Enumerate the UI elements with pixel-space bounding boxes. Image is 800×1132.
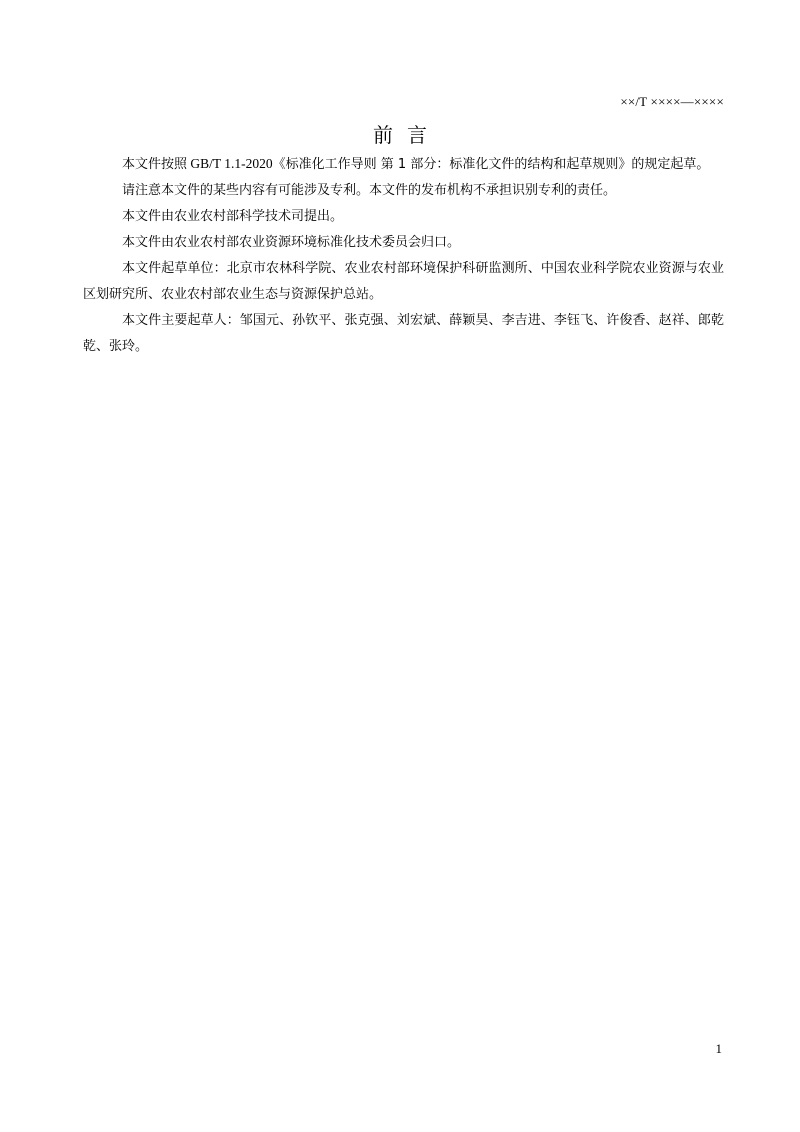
paragraph-drafters: 本文件主要起草人：邹国元、孙钦平、张克强、刘宏斌、薛颖昊、李吉进、李钰飞、许俊香… <box>83 308 724 360</box>
page-number: 1 <box>716 1041 723 1057</box>
paragraph-managed-by: 本文件由农业农村部农业资源环境标准化技术委员会归口。 <box>83 230 724 256</box>
paragraph-proposed-by: 本文件由农业农村部科学技术司提出。 <box>83 204 724 230</box>
paragraph-patent-notice: 请注意本文件的某些内容有可能涉及专利。本文件的发布机构不承担识别专利的责任。 <box>83 178 724 204</box>
paragraph-drafting-units: 本文件起草单位：北京市农林科学院、农业农村部环境保护科研监测所、中国农业科学院农… <box>83 256 724 308</box>
paragraph-drafting-standard: 本文件按照 GB/T 1.1-2020《标准化工作导则 第 1 部分：标准化文件… <box>83 151 724 178</box>
paragraph-text: 《标准化工作导则 第 1 部分：标准化文件的结构和起草规则》的规定起草。 <box>273 157 710 172</box>
paragraph-text: 本文件按照 <box>122 157 187 172</box>
foreword-body: 本文件按照 GB/T 1.1-2020《标准化工作导则 第 1 部分：标准化文件… <box>83 151 724 360</box>
section-title: 前言 <box>0 119 800 148</box>
document-code: ××/T ××××—×××× <box>620 94 724 110</box>
standard-reference: GB/T 1.1-2020 <box>187 156 273 171</box>
